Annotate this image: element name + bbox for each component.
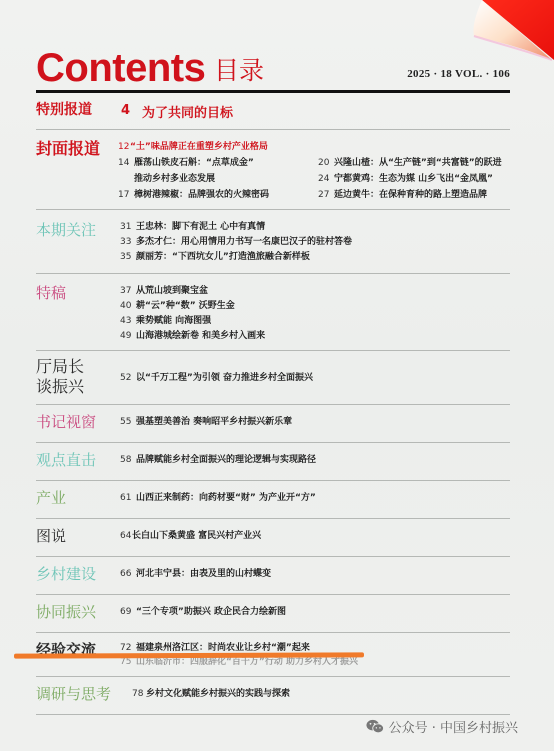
toc-item[interactable]: 14雁荡山铁皮石斛：“点草成金” [118,157,254,169]
divider [36,404,510,405]
divider [36,556,510,557]
section-label: 特稿 [36,284,66,303]
section-label: 产业 [36,489,66,508]
toc-item[interactable]: 58品牌赋能乡村全面振兴的理论逻辑与实现路径 [120,454,316,466]
toc-item[interactable]: 61山西正来制药：向药材要“财” 为产业开“方” [120,492,316,504]
section-secretary-view: 书记视窗 55强基塑美善治 奏响昭平乡村振兴新乐章 [36,410,510,440]
toc-item[interactable]: 35颜丽芳：“下西坑女儿”打造渔旅融合新样板 [120,251,310,263]
page-number: 4 [121,103,130,118]
divider [36,632,510,633]
divider [36,714,510,715]
section-director-talk: 厅局长 谈振兴 52以“千万工程”为引领 奋力推进乡村全面振兴 [36,356,510,402]
toc-item[interactable]: 31王忠林：脚下有泥土 心中有真情 [120,221,265,233]
toc-item[interactable]: 24宁都黄鸡：生态为媒 山乡飞出“金凤凰” [318,173,493,185]
contents-header: Contents 目录 2025 · 18 VOL. · 106 [36,44,510,90]
section-label: 观点直击 [36,451,96,470]
contents-title-cn: 目录 [214,56,264,86]
toc-item[interactable]: 33多杰才仁：用心用情用力书写一名康巴汉子的驻村答卷 [120,236,352,248]
watermark-text: 公众号 · 中国乡村振兴 [389,717,518,736]
divider [36,273,510,274]
lead-article[interactable]: 12“土”味品牌正在重塑乡村产业格局 [118,141,268,153]
divider [36,594,510,595]
toc-item-continued[interactable]: 推动乡村多业态发展 [118,173,215,185]
section-label: 本期关注 [36,221,96,240]
toc-item[interactable]: 20兴隆山楂：从“生产链”到“共富链”的跃进 [318,157,502,169]
toc-item[interactable]: 37从荒山坡到聚宝盆 [120,285,208,297]
section-feature: 特别报道 4 为了共同的目标 [36,96,510,126]
toc-item[interactable]: 78乡村文化赋能乡村振兴的实践与探索 [132,688,290,700]
toc-item[interactable]: 69“三个专项”助振兴 政企民合力绘新图 [120,606,286,618]
article-title[interactable]: 为了共同的目标 [142,102,233,121]
section-photo-story: 图说 64长白山下桑黄盛 富民兴村产业兴 [36,524,510,554]
divider [36,129,510,130]
toc-item[interactable]: 66河北丰宁县：由表及里的山村蝶变 [120,568,271,580]
section-rural-construction: 乡村建设 66河北丰宁县：由表及里的山村蝶变 [36,562,510,592]
issue-number: 2025 · 18 VOL. · 106 [407,68,510,80]
section-industry: 产业 61山西正来制药：向药材要“财” 为产业开“方” [36,486,510,516]
section-special-report: 特稿 37从荒山坡到聚宝盆 40耕“云”种“数” 沃野生金 43乘势赋能 向海图… [36,280,510,346]
section-viewpoints: 观点直击 58品牌赋能乡村全面振兴的理论逻辑与实现路径 [36,448,510,478]
divider [36,209,510,210]
header-rule [36,90,510,93]
magazine-contents-page: Contents 目录 2025 · 18 VOL. · 106 特别报道 4 … [0,0,554,751]
section-label: 特别报道 [36,102,92,120]
divider [36,480,510,481]
toc-item[interactable]: 27延边黄牛：在保种育种的路上塑造品牌 [318,189,487,201]
section-cover-story: 封面报道 12“土”味品牌正在重塑乡村产业格局 14雁荡山铁皮石斛：“点草成金”… [36,136,510,204]
toc-item[interactable]: 40耕“云”种“数” 沃野生金 [120,300,235,312]
toc-item[interactable]: 49山海港城绘新卷 和美乡村入画来 [120,330,265,342]
divider [36,350,510,351]
contents-title-en: Contents [36,46,205,90]
toc-item[interactable]: 17樟树港辣椒：品牌强农的火辣密码 [118,189,269,201]
section-this-issue-focus: 本期关注 31王忠林：脚下有泥土 心中有真情 33多杰才仁：用心用情用力书写一名… [36,216,510,268]
section-label: 乡村建设 [36,565,96,584]
section-collaborative-revitalization: 协同振兴 69“三个专项”助振兴 政企民合力绘新图 [36,600,510,630]
toc-item[interactable]: 52以“千万工程”为引领 奋力推进乡村全面振兴 [120,372,313,384]
toc-item[interactable]: 43乘势赋能 向海图强 [120,315,211,327]
toc-item[interactable]: 55强基塑美善治 奏响昭平乡村振兴新乐章 [120,416,292,428]
section-label: 协同振兴 [36,603,96,622]
section-label: 厅局长 谈振兴 [36,357,84,397]
section-label: 书记视窗 [36,413,96,432]
section-label: 调研与思考 [36,685,111,704]
section-research-thinking: 调研与思考 78乡村文化赋能乡村振兴的实践与探索 [36,682,510,712]
wechat-icon [366,719,384,734]
divider [36,442,510,443]
section-label: 图说 [36,527,66,546]
divider [36,676,510,677]
divider [36,518,510,519]
section-label: 封面报道 [36,139,100,159]
wechat-watermark: 公众号 · 中国乡村振兴 [366,717,518,736]
toc-item[interactable]: 64长白山下桑黄盛 富民兴村产业兴 [120,530,261,542]
